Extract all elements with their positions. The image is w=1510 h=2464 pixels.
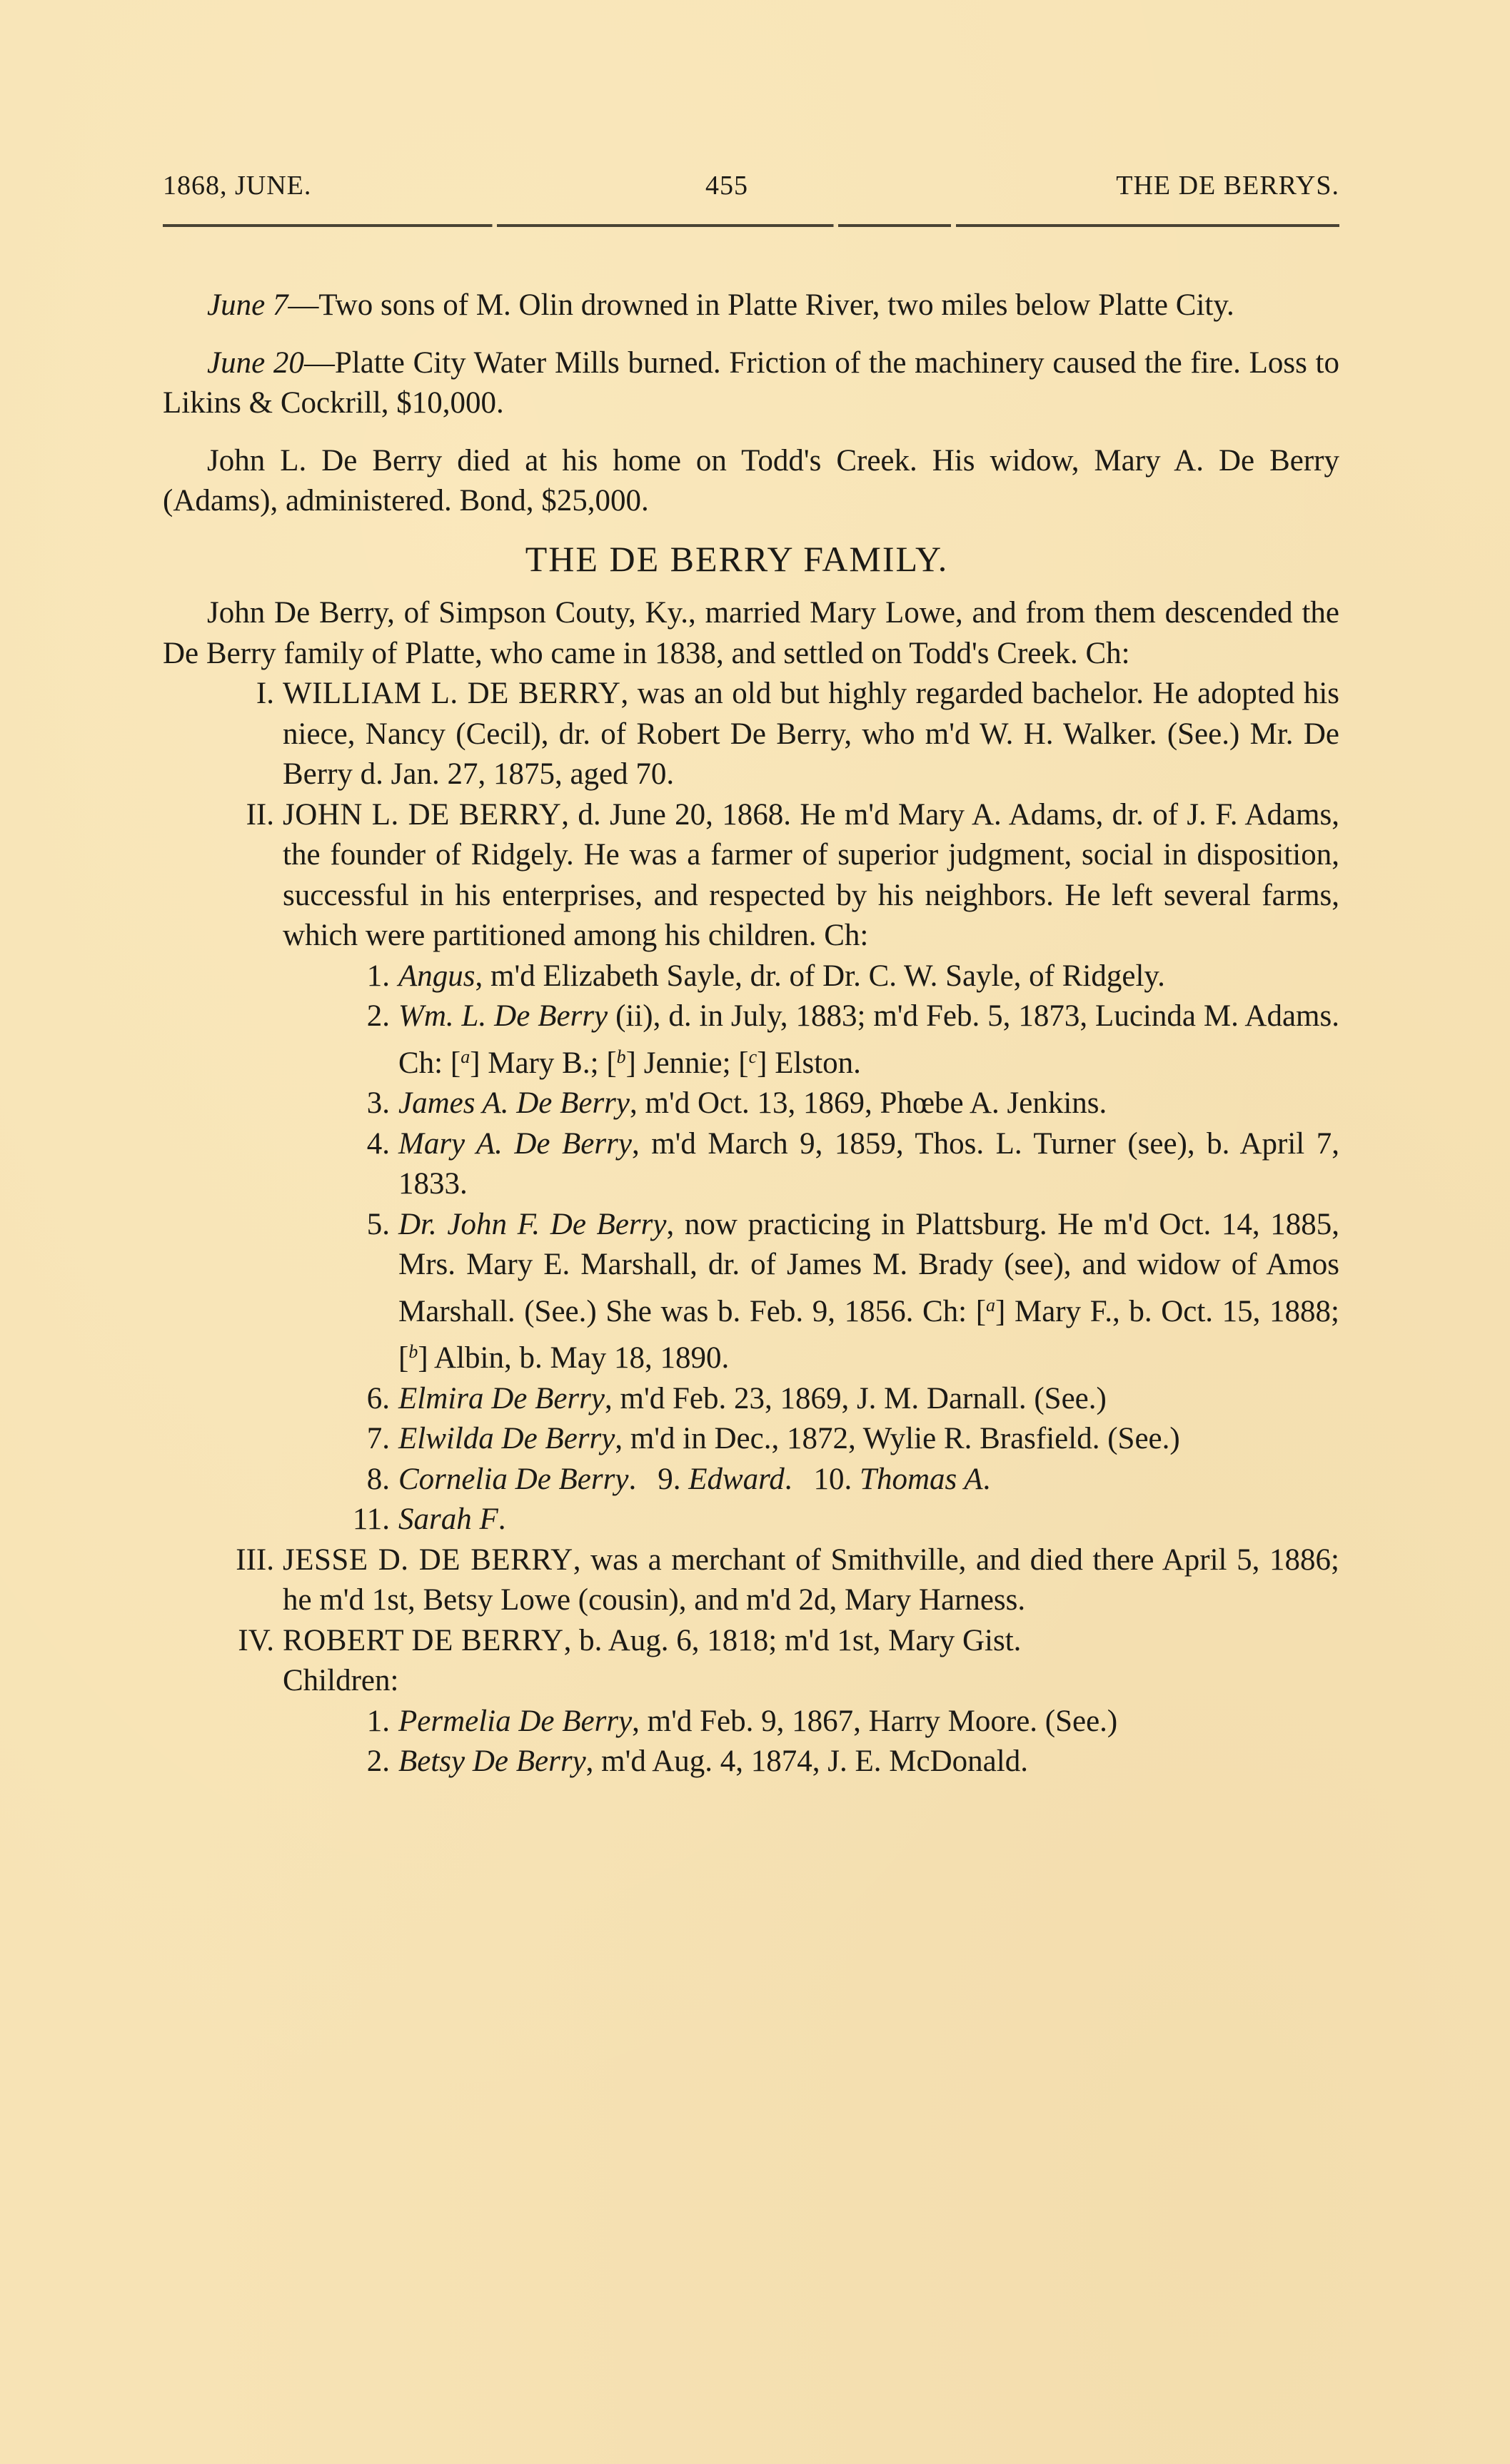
- child-item: 7. Elwilda De Berry, m'd in Dec., 1872, …: [163, 1419, 1339, 1460]
- child-number: 11.: [163, 1500, 390, 1540]
- roman-numeral: I.: [163, 674, 274, 715]
- child-name: Sarah F: [398, 1503, 498, 1536]
- running-head-title: THE DE BERRYS.: [1116, 170, 1339, 201]
- child-number: 1.: [163, 956, 390, 997]
- child-item: 5. Dr. John F. De Berry, now practicing …: [163, 1205, 1339, 1379]
- children-label: Children:: [163, 1661, 1339, 1702]
- child-text: , m'd Feb. 9, 1867, Harry Moore. (See.): [632, 1705, 1117, 1738]
- entry-text: John L. De Berry died at his home on Tod…: [163, 444, 1339, 518]
- child-items-inline: 8. Cornelia De Berry.9. Edward.10. Thoma…: [163, 1460, 1339, 1500]
- child-number: 2.: [163, 1742, 390, 1782]
- chronicle-entry-june-20: June 20—Platte City Water Mills burned. …: [163, 343, 1339, 424]
- child-text: .: [982, 1463, 990, 1496]
- child-item: 1. Angus, m'd Elizabeth Sayle, dr. of Dr…: [163, 956, 1339, 997]
- entry-date: June 20: [207, 346, 304, 380]
- chronicle-entry-june-7: June 7—Two sons of M. Olin drowned in Pl…: [163, 286, 1339, 326]
- family-intro: John De Berry, of Simpson Couty, Ky., ma…: [163, 593, 1339, 674]
- child-number: 5.: [163, 1205, 390, 1246]
- roman-numeral: IV.: [163, 1621, 274, 1662]
- child-text: , m'd Oct. 13, 1869, Phœbe A. Jenkins.: [630, 1086, 1107, 1120]
- child-text: .: [628, 1463, 636, 1496]
- member-name: WILLIAM L. DE BERRY: [283, 677, 620, 710]
- child-name: Elwilda De Berry: [398, 1422, 615, 1455]
- grandchild: Albin, b. May 18, 1890.: [428, 1341, 730, 1375]
- child-item: 6. Elmira De Berry, m'd Feb. 23, 1869, J…: [163, 1379, 1339, 1420]
- member-name: JESSE D. DE BERRY: [283, 1543, 573, 1577]
- child-number: 3.: [163, 1084, 390, 1124]
- member-name: JOHN L. DE BERRY: [283, 798, 561, 832]
- member-name: ROBERT DE BERRY: [283, 1624, 564, 1657]
- child-item: 1. Permelia De Berry, m'd Feb. 9, 1867, …: [163, 1702, 1339, 1742]
- child-name: Thomas A: [860, 1463, 982, 1496]
- family-member-william: I.WILLIAM L. DE BERRY, was an old but hi…: [163, 674, 1339, 795]
- entry-text: —Two sons of M. Olin drowned in Platte R…: [288, 288, 1234, 322]
- child-text: , m'd in Dec., 1872, Wylie R. Brasfield.…: [615, 1422, 1179, 1455]
- child-number: 1.: [163, 1702, 390, 1742]
- child-number: 8.: [163, 1460, 390, 1500]
- child-name: Dr. John F. De Berry: [398, 1208, 666, 1241]
- chronicle-entry-de-berry-death: John L. De Berry died at his home on Tod…: [163, 441, 1339, 522]
- child-text: .: [498, 1503, 506, 1536]
- child-name: Betsy De Berry: [398, 1745, 586, 1778]
- running-head: 1868, JUNE. 455 THE DE BERRYS.: [163, 170, 1339, 213]
- roman-numeral: II.: [163, 795, 274, 836]
- grandchild: Jennie;: [636, 1046, 738, 1080]
- member-text: , b. Aug. 6, 1818; m'd 1st, Mary Gist.: [564, 1624, 1022, 1657]
- body-text: June 7—Two sons of M. Olin drowned in Pl…: [163, 286, 1339, 1782]
- child-number: 2.: [163, 996, 390, 1037]
- child-name: Edward: [688, 1463, 785, 1496]
- family-member-jesse: III.JESSE D. DE BERRY, was a merchant of…: [163, 1540, 1339, 1621]
- grandchild: Mary F., b. Oct. 15, 1888;: [1005, 1295, 1339, 1328]
- child-name: James A. De Berry: [398, 1086, 630, 1120]
- footnote-mark: a: [986, 1295, 995, 1316]
- child-item: 11. Sarah F.: [163, 1500, 1339, 1540]
- child-name: Elmira De Berry: [398, 1382, 605, 1415]
- child-item: 4. Mary A. De Berry, m'd March 9, 1859, …: [163, 1124, 1339, 1205]
- footnote-mark: b: [617, 1046, 626, 1067]
- entry-date: June 7: [207, 288, 288, 322]
- child-text: , m'd Feb. 23, 1869, J. M. Darnall. (See…: [605, 1382, 1107, 1415]
- section-title: THE DE BERRY FAMILY.: [163, 539, 1339, 580]
- book-page: 1868, JUNE. 455 THE DE BERRYS. June 7—Tw…: [163, 170, 1339, 1782]
- child-name: Cornelia De Berry: [398, 1463, 628, 1496]
- child-number: 4.: [163, 1124, 390, 1165]
- child-item: 3. James A. De Berry, m'd Oct. 13, 1869,…: [163, 1084, 1339, 1124]
- grandchild: Mary B.;: [480, 1046, 607, 1080]
- child-item: 2. Betsy De Berry, m'd Aug. 4, 1874, J. …: [163, 1742, 1339, 1782]
- child-text: , m'd Elizabeth Sayle, dr. of Dr. C. W. …: [475, 959, 1165, 993]
- footnote-mark: c: [749, 1046, 757, 1067]
- roman-numeral: III.: [163, 1540, 274, 1581]
- child-item: 2. Wm. L. De Berry (ii), d. in July, 188…: [163, 996, 1339, 1084]
- child-name: Permelia De Berry: [398, 1705, 632, 1738]
- child-name: Mary A. De Berry: [398, 1127, 632, 1161]
- child-text: .: [785, 1463, 792, 1496]
- child-number: 9.: [658, 1463, 680, 1496]
- entry-text: —Platte City Water Mills burned. Frictio…: [163, 346, 1339, 420]
- child-number: 10.: [814, 1463, 852, 1496]
- header-rule: [163, 224, 1339, 227]
- child-number: 6.: [163, 1379, 390, 1420]
- footnote-mark: a: [460, 1046, 470, 1067]
- child-name: Angus: [398, 959, 475, 993]
- child-name: Wm. L. De Berry: [398, 999, 608, 1033]
- child-number: 7.: [163, 1419, 390, 1460]
- family-member-robert: IV.ROBERT DE BERRY, b. Aug. 6, 1818; m'd…: [163, 1621, 1339, 1662]
- family-member-john: II.JOHN L. DE BERRY, d. June 20, 1868. H…: [163, 795, 1339, 956]
- grandchild: Elston.: [767, 1046, 861, 1080]
- running-head-date: 1868, JUNE.: [163, 170, 311, 201]
- footnote-mark: b: [408, 1341, 418, 1362]
- child-text: , m'd Aug. 4, 1874, J. E. McDonald.: [586, 1745, 1028, 1778]
- page-number: 455: [705, 170, 748, 201]
